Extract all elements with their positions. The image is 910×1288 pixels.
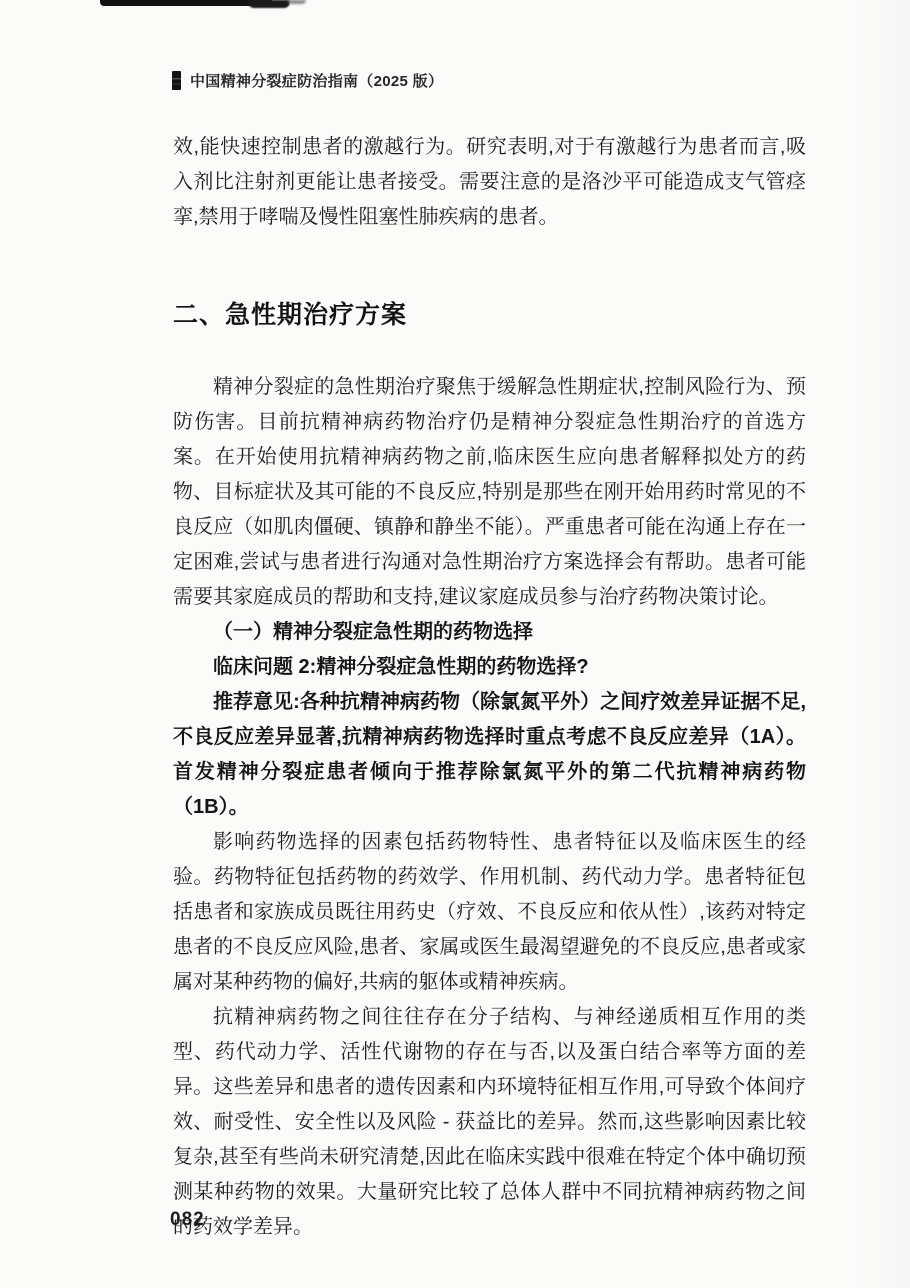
drug-differences-paragraph: 抗精神病药物之间往往存在分子结构、与神经递质相互作用的类型、药代动力学、活性代谢… [173,1000,806,1245]
book-spine-marker-icon [172,71,181,90]
scan-artifact-tail [288,0,306,4]
scan-artifact-bar [100,0,272,6]
drug-selection-factors-paragraph: 影响药物选择的因素包括药物特性、患者特征以及临床医生的经验。药物特征包括药物的药… [173,825,806,1000]
continuation-paragraph: 效,能快速控制患者的激越行为。研究表明,对于有激越行为患者而言,吸入剂比注射剂更… [173,130,806,235]
section-heading: 二、急性期治疗方案 [173,299,806,331]
subsection-heading: （一）精神分裂症急性期的药物选择 [173,615,806,650]
scan-edge-shading [850,0,910,1288]
recommendation-paragraph: 推荐意见:各种抗精神病药物（除氯氮平外）之间疗效差异证据不足,不良反应差异显著,… [173,685,806,825]
running-header-title: 中国精神分裂症防治指南（2025 版） [190,70,443,91]
intro-paragraph: 精神分裂症的急性期治疗聚焦于缓解急性期症状,控制风险行为、预防伤害。目前抗精神病… [173,370,806,615]
continuation-paragraph-block: 效,能快速控制患者的激越行为。研究表明,对于有激越行为患者而言,吸入剂比注射剂更… [173,130,806,235]
document-page: 中国精神分裂症防治指南（2025 版） 效,能快速控制患者的激越行为。研究表明,… [0,0,910,1288]
clinical-question: 临床问题 2:精神分裂症急性期的药物选择? [173,650,806,685]
running-header: 中国精神分裂症防治指南（2025 版） [172,70,443,91]
scan-artifact-blob [248,0,290,8]
page-number: 082 [170,1209,205,1231]
section-body: 精神分裂症的急性期治疗聚焦于缓解急性期症状,控制风险行为、预防伤害。目前抗精神病… [173,370,806,1245]
